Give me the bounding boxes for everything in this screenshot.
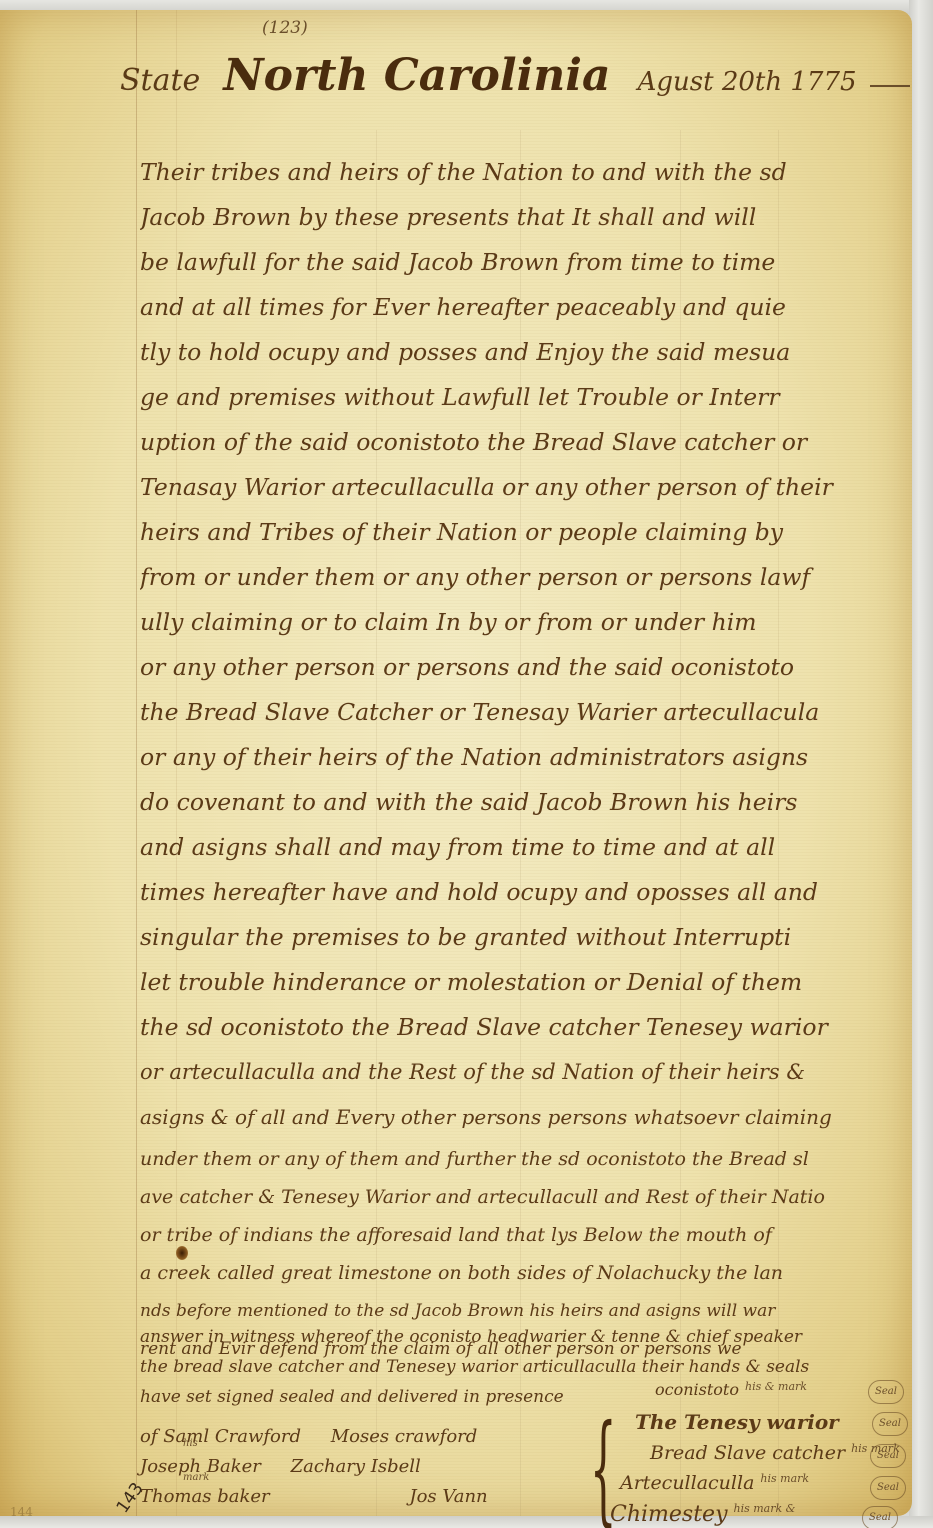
witness-name: Thomas baker (140, 1486, 270, 1507)
signatory-mark: his & mark (745, 1380, 807, 1393)
body-line: be lawfull for the said Jacob Brown from… (140, 240, 910, 285)
signatory-mark: his mark (760, 1472, 809, 1485)
signatory-name: The Tenesy warior (635, 1410, 839, 1434)
signatory-name: Chimestey (610, 1502, 728, 1527)
signatory-mark: his mark & (734, 1502, 796, 1515)
body-line: ave catcher & Tenesey Warior and artecul… (140, 1178, 910, 1216)
body-line: from or under them or any other person o… (140, 555, 910, 600)
body-line: ge and premises without Lawfull let Trou… (140, 375, 910, 420)
signatory-name: oconistoto (655, 1380, 739, 1399)
closing-line: answer in witness whereof the oconisto h… (140, 1322, 910, 1352)
signatory: The Tenesy warior (635, 1410, 845, 1434)
signatory: Chimesteyhis mark & (610, 1502, 795, 1527)
deed-body: Their tribes and heirs of the Nation to … (140, 150, 910, 1368)
ink-stain (176, 1246, 188, 1260)
body-line: tly to hold ocupy and posses and Enjoy t… (140, 330, 910, 375)
witness-his-note: his (183, 1438, 198, 1449)
signatory: oconistotohis & mark (655, 1380, 807, 1399)
wax-seal-mark: Seal (862, 1506, 898, 1528)
signatory: Artecullacullahis mark (620, 1472, 809, 1494)
body-line: and asigns shall and may from time to ti… (140, 825, 910, 870)
wax-seal-mark: Seal (868, 1380, 904, 1404)
body-line: or tribe of indians the afforesaid land … (140, 1216, 910, 1254)
body-line: or any other person or persons and the s… (140, 645, 910, 690)
body-line: or artecullaculla and the Rest of the sd… (140, 1050, 910, 1095)
body-line: let trouble hinderance or molestation or… (140, 960, 910, 1005)
scan-mat-right (909, 0, 933, 1528)
witness-mark-note: mark (183, 1472, 209, 1483)
body-line: or any of their heirs of the Nation admi… (140, 735, 910, 780)
signatory-name: Bread Slave catcher (650, 1442, 845, 1464)
body-line: uption of the said oconistoto the Bread … (140, 420, 910, 465)
witness-row: of Saml Crawford Moses crawford (140, 1422, 580, 1452)
body-line: Tenasay Warior artecullaculla or any oth… (140, 465, 910, 510)
signatory-name: Artecullaculla (620, 1472, 754, 1494)
wax-seal-mark: Seal (870, 1476, 906, 1500)
signatory: Bread Slave catcherhis mark (650, 1442, 900, 1464)
wax-seal-mark: Seal (870, 1444, 906, 1468)
manuscript-page: (123) State North Carolinia Agust 20th 1… (0, 10, 912, 1516)
witness-row: Thomas baker Jos Vann (140, 1482, 580, 1512)
body-line: ully claiming or to claim In by or from … (140, 600, 910, 645)
page-number: (123) (262, 18, 308, 38)
heading-state-name: North Carolinia (223, 50, 610, 101)
page-heading: State North Carolinia Agust 20th 1775 (120, 50, 900, 101)
body-line: asigns & of all and Every other persons … (140, 1095, 910, 1140)
body-line: singular the premises to be granted with… (140, 915, 910, 960)
witness-signatures: of Saml Crawford Moses crawford Joseph B… (140, 1422, 580, 1512)
witness-name: Moses crawford (331, 1426, 478, 1447)
witness-name: of Saml Crawford (140, 1426, 301, 1447)
folio-number-faint: 144 (10, 1505, 33, 1519)
left-margin-rule (136, 10, 137, 1516)
closing-line: the bread slave catcher and Tenesey wari… (140, 1352, 910, 1382)
body-line: the sd oconistoto the Bread Slave catche… (140, 1005, 910, 1050)
body-line: a creek called great limestone on both s… (140, 1254, 910, 1292)
witness-name: Zachary Isbell (291, 1456, 421, 1477)
witness-name: Jos Vann (409, 1486, 487, 1507)
body-line: and at all times for Ever hereafter peac… (140, 285, 910, 330)
body-line: the Bread Slave Catcher or Tenesay Warie… (140, 690, 910, 735)
heading-date: Agust 20th 1775 (638, 67, 857, 97)
body-line: Their tribes and heirs of the Nation to … (140, 150, 910, 195)
body-line: times hereafter have and hold ocupy and … (140, 870, 910, 915)
wax-seal-mark: Seal (872, 1412, 908, 1436)
body-line: heirs and Tribes of their Nation or peop… (140, 510, 910, 555)
body-line: under them or any of them and further th… (140, 1140, 910, 1178)
body-line: do covenant to and with the said Jacob B… (140, 780, 910, 825)
body-line: Jacob Brown by these presents that It sh… (140, 195, 910, 240)
heading-state: State (120, 63, 200, 98)
heading-flourish (870, 85, 910, 87)
